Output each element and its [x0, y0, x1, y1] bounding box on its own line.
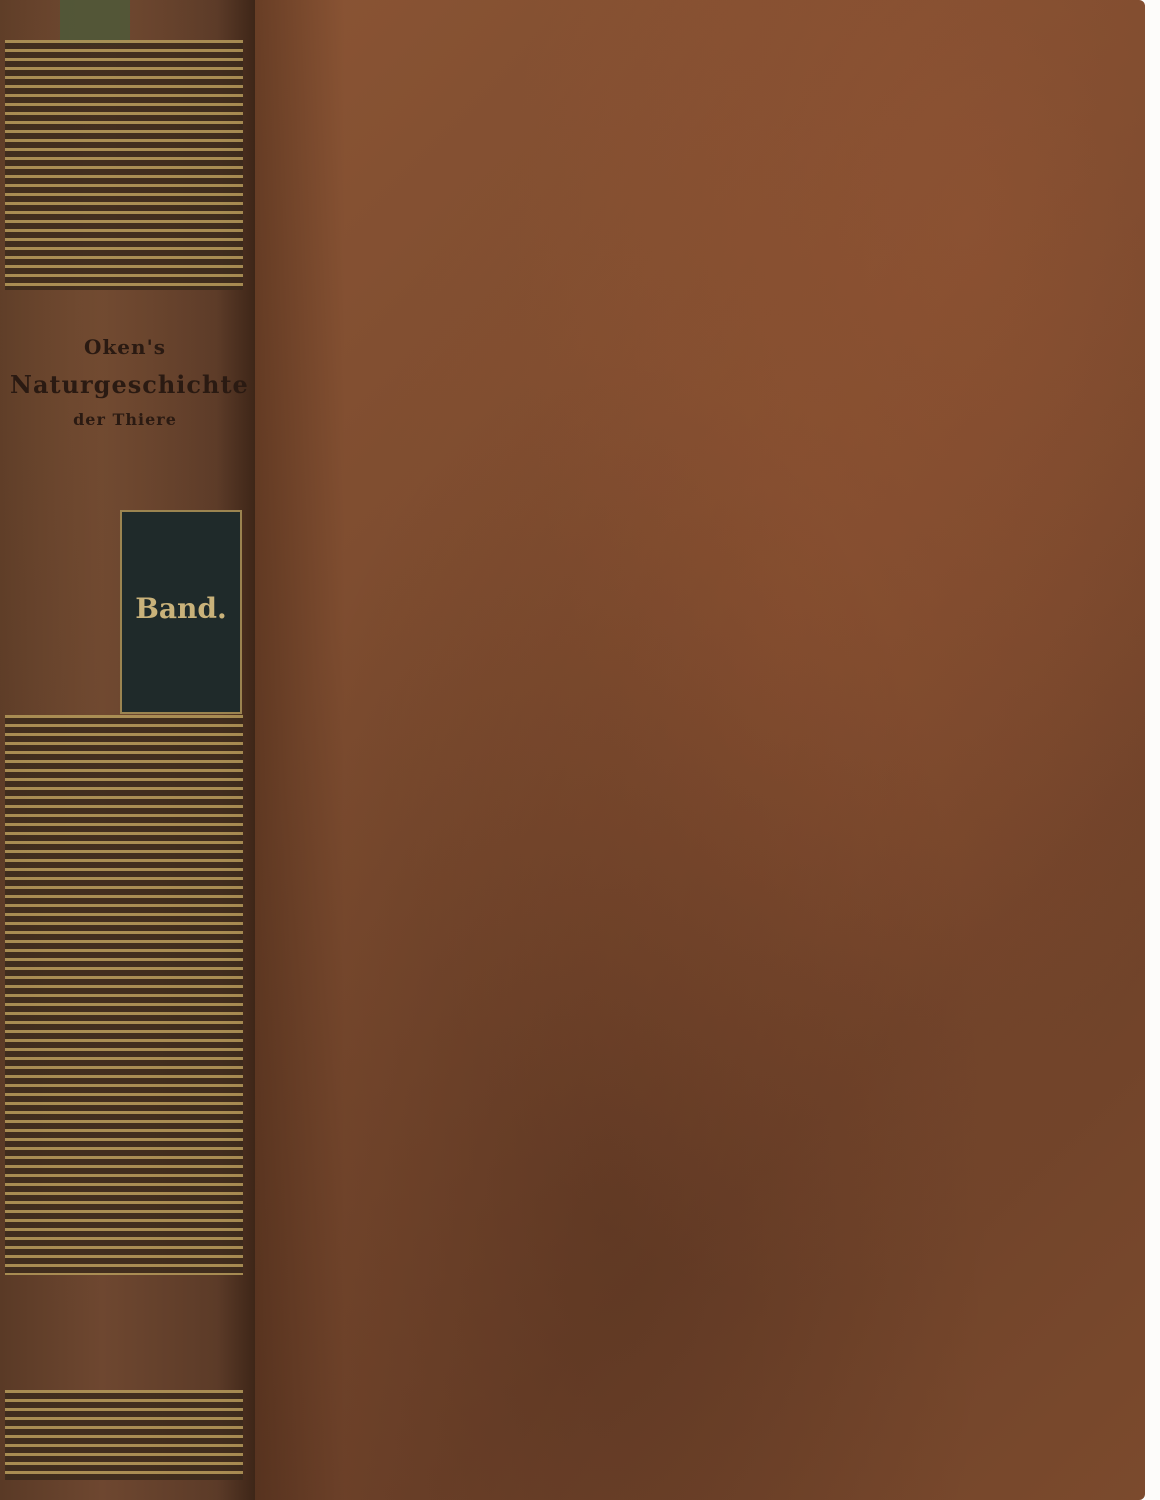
- spine-volume-label: Band.: [120, 510, 242, 714]
- spine-title-line-3: der Thiere: [10, 410, 240, 429]
- spine-headcap: [60, 0, 130, 45]
- cover-hinge: [255, 0, 345, 1500]
- book: Oken's Naturgeschichte der Thiere Band.: [0, 0, 1145, 1500]
- gilt-ornament-bottom: [5, 1390, 243, 1480]
- spine-title-line-2: Naturgeschichte: [10, 370, 240, 399]
- spine-title-line-1: Oken's: [10, 335, 240, 359]
- gilt-ornament-lower: [5, 715, 243, 1275]
- gilt-ornament-top: [5, 40, 243, 290]
- front-cover-leather: [255, 0, 1145, 1500]
- volume-label-text: Band.: [122, 592, 240, 625]
- book-spine: Oken's Naturgeschichte der Thiere Band.: [0, 0, 255, 1500]
